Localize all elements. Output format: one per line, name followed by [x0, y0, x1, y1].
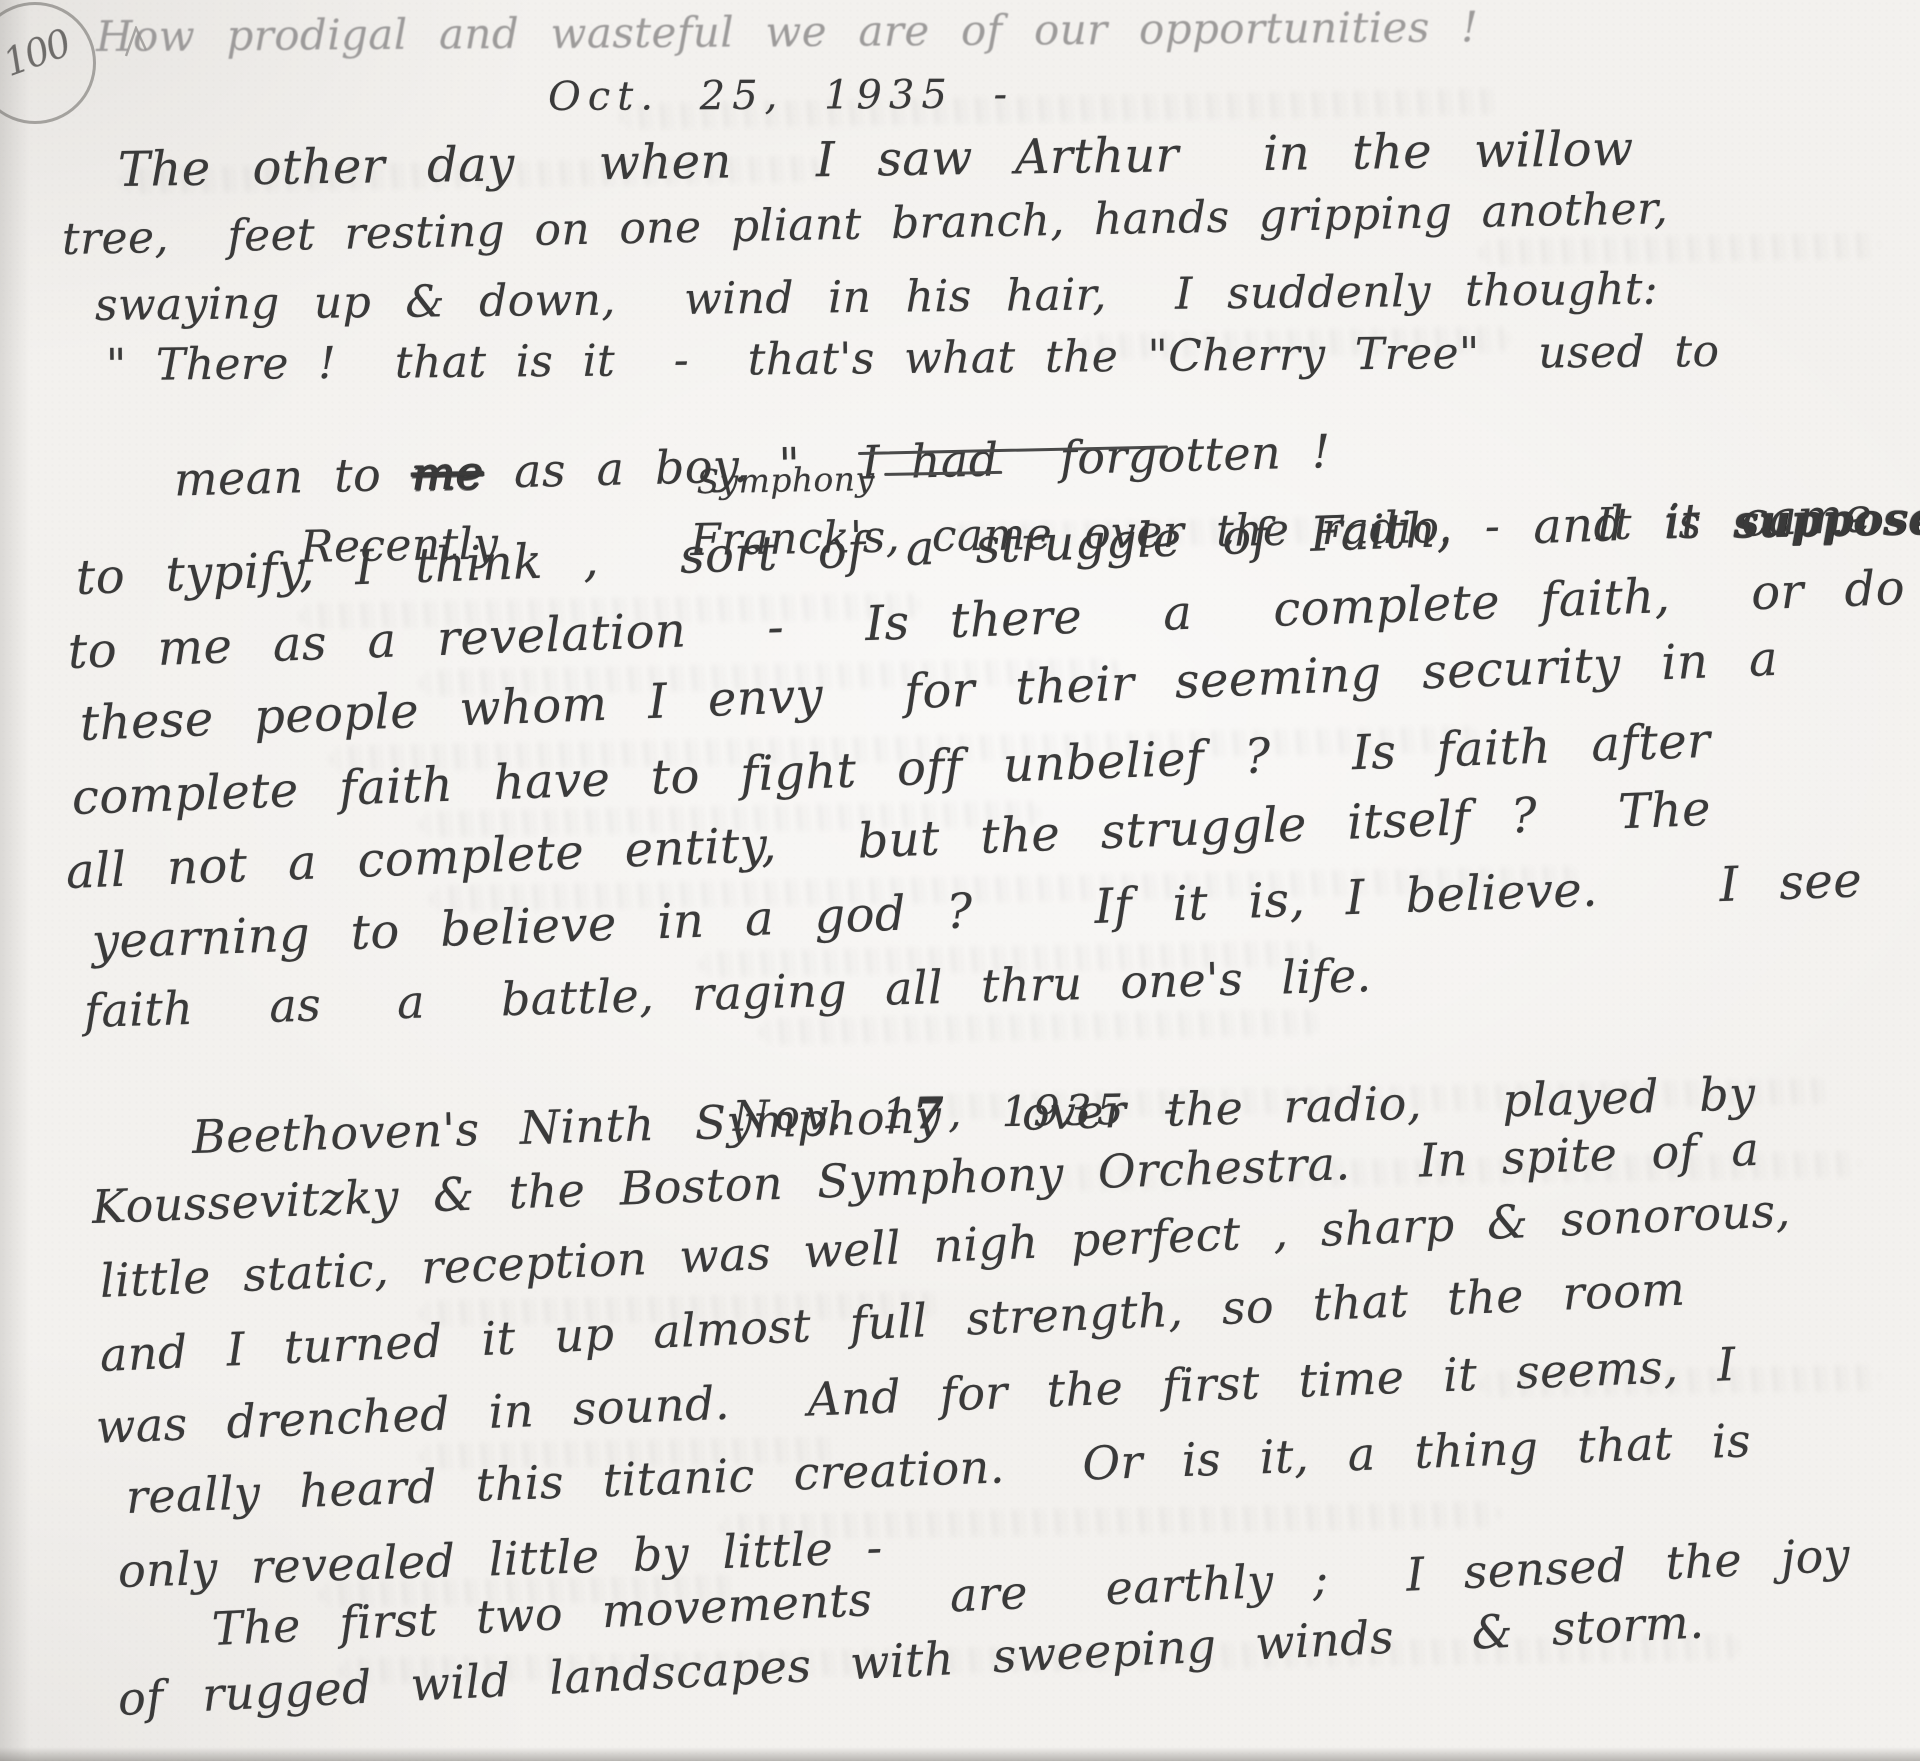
entry1-date: Oct. 25, 1935 -	[548, 72, 1014, 120]
motto-line: How prodigal and wasteful we are of our …	[96, 2, 1479, 61]
scanned-diary-page: { "manuscript": { "page_number": "100", …	[0, 0, 1920, 1761]
scan-edge-bottom	[0, 1747, 1920, 1761]
page-number: 100	[0, 21, 75, 85]
scan-edge-left	[0, 0, 30, 1761]
